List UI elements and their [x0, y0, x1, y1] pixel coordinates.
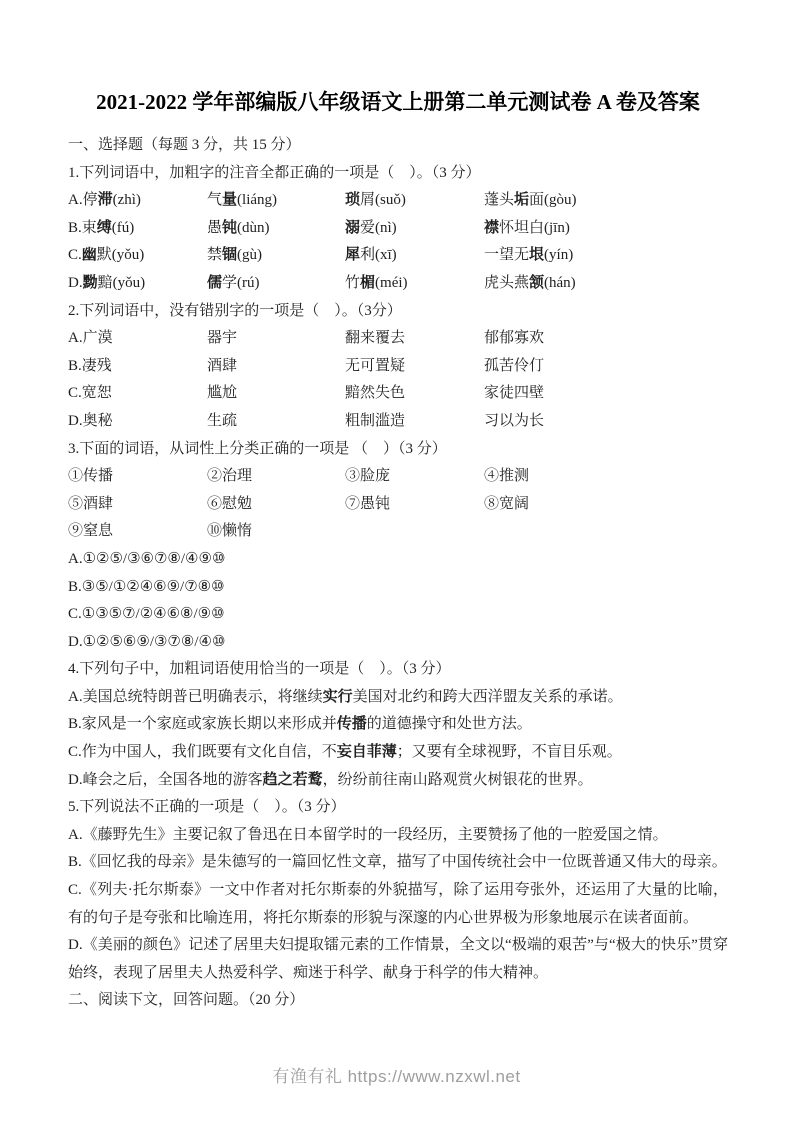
text-run: 一、选择题（每题 3 分，共 15 分）: [68, 137, 301, 153]
text-run: B.《回忆我的母亲》是朱德写的一篇回忆性文章，描写了中国传统社会中一位既普通又伟…: [68, 854, 727, 870]
text-run: 尴尬: [207, 385, 237, 401]
option-cell: B.凄残: [68, 353, 207, 381]
text-run: 郁郁寡欢: [484, 330, 544, 346]
text-line: A.①②⑤/③⑥⑦⑧/④⑨⑩: [68, 546, 728, 574]
text-run: 家徒四壁: [484, 385, 544, 401]
option-row: D.黝黯(yǒu)儒学(rú)竹楣(méi)虎头燕颔(hán): [68, 270, 728, 298]
option-cell: 家徒四壁: [484, 380, 728, 408]
text-run: C.作为中国人，我们既要有文化自信，不: [68, 744, 337, 760]
text-run: (yín): [544, 247, 573, 263]
text-run: B.束: [68, 220, 97, 236]
text-run: ④推测: [484, 468, 529, 484]
text-line: 4.下列句子中，加粗词语使用恰当的一项是（ ）。（3 分）: [68, 656, 728, 684]
text-run: 的道德操守和处世方法。: [367, 716, 532, 732]
text-run: 面(gòu): [529, 192, 577, 208]
option-cell: A.停滞(zhì): [68, 187, 207, 215]
option-cell: 器宇: [207, 325, 345, 353]
option-cell: D.奥秘: [68, 408, 207, 436]
bold-term: 犀: [345, 247, 360, 263]
bold-term: 黝: [83, 275, 98, 291]
bold-term: 颔: [529, 275, 544, 291]
text-run: 默(yǒu): [97, 247, 145, 263]
option-cell: 琐屑(suǒ): [345, 187, 484, 215]
bold-term: 溺: [345, 220, 360, 236]
text-run: 愚: [207, 220, 222, 236]
bold-term: 妄自菲薄: [337, 744, 397, 760]
text-run: ，纷纷前往南山路观赏火树银花的世界。: [323, 772, 593, 788]
text-run: D.《美丽的颜色》记述了居里夫妇提取镭元素的工作情景，全文以“极端的艰苦”与“极…: [68, 937, 728, 981]
text-run: C.: [68, 247, 82, 263]
text-run: 生疏: [207, 413, 237, 429]
text-run: B.家风是一个家庭或家族长期以来形成并: [68, 716, 337, 732]
text-run: (zhì): [113, 192, 141, 208]
bold-term: 垢: [514, 192, 529, 208]
bold-term: 儒: [207, 275, 222, 291]
text-run: ⑥慰勉: [207, 496, 252, 512]
text-line: A.《藤野先生》主要记叙了鲁迅在日本留学时的一段经历，主要赞扬了他的一腔爱国之情…: [68, 822, 728, 850]
option-cell: 粗制滥造: [345, 408, 484, 436]
page-title: 2021-2022 学年部编版八年级语文上册第二单元测试卷 A 卷及答案: [68, 86, 728, 118]
bold-term: 实行: [323, 689, 353, 705]
text-run: 粗制滥造: [345, 413, 405, 429]
option-line: A.美国总统特朗普已明确表示，将继续实行美国对北约和跨大西洋盟友关系的承诺。: [68, 684, 728, 712]
option-line: C.作为中国人，我们既要有文化自信，不妄自菲薄；又要有全球视野，不盲目乐观。: [68, 739, 728, 767]
document-content: 2021-2022 学年部编版八年级语文上册第二单元测试卷 A 卷及答案 一、选…: [68, 86, 728, 1015]
text-run: 一望无: [484, 247, 529, 263]
text-run: (fú): [112, 220, 135, 236]
bold-term: 缚: [97, 220, 112, 236]
text-run: (gù): [237, 247, 262, 263]
option-cell: ⑧宽阔: [484, 491, 728, 519]
bold-term: 趋之若鹜: [263, 772, 323, 788]
option-cell: 孤苦伶仃: [484, 353, 728, 381]
option-row: B.凄残酒肆无可置疑孤苦伶仃: [68, 353, 728, 381]
text-run: B.③⑤/①②④⑥⑨/⑦⑧⑩: [68, 579, 225, 595]
bold-term: 钝: [222, 220, 237, 236]
text-run: ；又要有全球视野，不盲目乐观。: [397, 744, 622, 760]
option-cell: 溺爱(nì): [345, 215, 484, 243]
text-run: ⑧宽阔: [484, 496, 529, 512]
text-run: A.《藤野先生》主要记叙了鲁迅在日本留学时的一段经历，主要赞扬了他的一腔爱国之情…: [68, 827, 668, 843]
option-cell: 黯然失色: [345, 380, 484, 408]
text-line: D.《美丽的颜色》记述了居里夫妇提取镭元素的工作情景，全文以“极端的艰苦”与“极…: [68, 932, 728, 987]
text-run: 5.下列说法不正确的一项是（ ）。（3 分）: [68, 799, 346, 815]
option-cell: ⑩懒惰: [207, 518, 345, 546]
text-line: C.《列夫·托尔斯泰》一文中作者对托尔斯泰的外貌描写，除了运用夸张外，还运用了大…: [68, 877, 728, 932]
text-run: 二、阅读下文，回答问题。（20 分）: [68, 992, 304, 1008]
option-cell: D.黝黯(yǒu): [68, 270, 207, 298]
text-line: C.①③⑤⑦/②④⑥⑧/⑨⑩: [68, 601, 728, 629]
option-row: A.停滞(zhì)气量(liáng)琐屑(suǒ)蓬头垢面(gòu): [68, 187, 728, 215]
text-run: ⑤酒肆: [68, 496, 113, 512]
option-cell: ⑦愚钝: [345, 491, 484, 519]
option-row: ⑨窒息⑩懒惰: [68, 518, 728, 546]
text-line: B.③⑤/①②④⑥⑨/⑦⑧⑩: [68, 574, 728, 602]
option-cell: 尴尬: [207, 380, 345, 408]
text-run: 竹: [345, 275, 360, 291]
text-run: 禁: [207, 247, 222, 263]
text-run: 3.下面的词语，从词性上分类正确的一项是 （ ）（3 分）: [68, 441, 447, 457]
bold-term: 量: [222, 192, 237, 208]
option-cell: 竹楣(méi): [345, 270, 484, 298]
text-run: ①传播: [68, 468, 113, 484]
option-cell: 酒肆: [207, 353, 345, 381]
text-run: C.①③⑤⑦/②④⑥⑧/⑨⑩: [68, 606, 225, 622]
text-line: 二、阅读下文，回答问题。（20 分）: [68, 987, 728, 1015]
option-cell: 蓬头垢面(gòu): [484, 187, 728, 215]
option-cell: ③脸庞: [345, 463, 484, 491]
text-run: ⑨窒息: [68, 523, 113, 539]
text-run: 器宇: [207, 330, 237, 346]
text-line: 3.下面的词语，从词性上分类正确的一项是 （ ）（3 分）: [68, 436, 728, 464]
text-run: (hán): [544, 275, 576, 291]
text-run: D.: [68, 275, 83, 291]
option-line: D.峰会之后，全国各地的游客趋之若鹜，纷纷前往南山路观赏火树银花的世界。: [68, 767, 728, 795]
text-run: 气: [207, 192, 222, 208]
text-run: 1.下列词语中，加粗字的注音全都正确的一项是（ ）。（3 分）: [68, 165, 481, 181]
text-run: A.广漠: [68, 330, 113, 346]
text-line: 2.下列词语中，没有错别字的一项是（ ）。（3分）: [68, 298, 728, 326]
option-cell: 翻来覆去: [345, 325, 484, 353]
text-run: 孤苦伶仃: [484, 358, 544, 374]
option-cell: 生疏: [207, 408, 345, 436]
text-run: (dùn): [237, 220, 270, 236]
text-line: 1.下列词语中，加粗字的注音全都正确的一项是（ ）。（3 分）: [68, 160, 728, 188]
option-cell: C.幽默(yǒu): [68, 242, 207, 270]
option-row: ⑤酒肆⑥慰勉⑦愚钝⑧宽阔: [68, 491, 728, 519]
option-cell: ④推测: [484, 463, 728, 491]
text-run: ⑩懒惰: [207, 523, 252, 539]
option-row: C.宽恕尴尬黯然失色家徒四壁: [68, 380, 728, 408]
text-run: (méi): [375, 275, 407, 291]
option-row: ①传播②治理③脸庞④推测: [68, 463, 728, 491]
exam-document-page: 2021-2022 学年部编版八年级语文上册第二单元测试卷 A 卷及答案 一、选…: [0, 0, 793, 1122]
bold-term: 楣: [360, 275, 375, 291]
option-row: A.广漠器宇翻来覆去郁郁寡欢: [68, 325, 728, 353]
option-row: D.奥秘生疏粗制滥造习以为长: [68, 408, 728, 436]
text-line: 一、选择题（每题 3 分，共 15 分）: [68, 132, 728, 160]
text-run: ②治理: [207, 468, 252, 484]
option-row: B.束缚(fú)愚钝(dùn)溺爱(nì)襟怀坦白(jīn): [68, 215, 728, 243]
option-cell: 气量(liáng): [207, 187, 345, 215]
text-run: A.停: [68, 192, 98, 208]
option-cell: 郁郁寡欢: [484, 325, 728, 353]
bold-term: 滞: [98, 192, 113, 208]
bold-term: 传播: [337, 716, 367, 732]
text-run: B.凄残: [68, 358, 112, 374]
option-cell: 虎头燕颔(hán): [484, 270, 728, 298]
text-run: 酒肆: [207, 358, 237, 374]
document-body: 一、选择题（每题 3 分，共 15 分）1.下列词语中，加粗字的注音全都正确的一…: [68, 132, 728, 1015]
bold-term: 锢: [222, 247, 237, 263]
bold-term: 垠: [529, 247, 544, 263]
bold-term: 幽: [82, 247, 97, 263]
text-line: B.《回忆我的母亲》是朱德写的一篇回忆性文章，描写了中国传统社会中一位既普通又伟…: [68, 849, 728, 877]
text-run: A.①②⑤/③⑥⑦⑧/④⑨⑩: [68, 551, 225, 567]
text-run: (liáng): [237, 192, 277, 208]
option-cell: B.束缚(fú): [68, 215, 207, 243]
option-cell: C.宽恕: [68, 380, 207, 408]
option-cell: 愚钝(dùn): [207, 215, 345, 243]
option-cell: 儒学(rú): [207, 270, 345, 298]
text-run: 黯(yǒu): [98, 275, 146, 291]
option-cell: 犀利(xī): [345, 242, 484, 270]
text-run: 习以为长: [484, 413, 544, 429]
option-row: C.幽默(yǒu)禁锢(gù)犀利(xī)一望无垠(yín): [68, 242, 728, 270]
footer-text: 有渔有礼 https://www.nzxwl.net: [272, 1067, 520, 1086]
text-run: A.美国总统特朗普已明确表示，将继续: [68, 689, 323, 705]
text-run: 翻来覆去: [345, 330, 405, 346]
bold-term: 琐: [345, 192, 360, 208]
option-cell: 习以为长: [484, 408, 728, 436]
option-cell: 一望无垠(yín): [484, 242, 728, 270]
option-cell: ①传播: [68, 463, 207, 491]
text-run: 爱(nì): [360, 220, 397, 236]
text-run: ⑦愚钝: [345, 496, 390, 512]
text-run: 学(rú): [222, 275, 260, 291]
text-run: C.《列夫·托尔斯泰》一文中作者对托尔斯泰的外貌描写，除了运用夸张外，还运用了大…: [68, 882, 728, 926]
bold-term: 襟: [484, 220, 499, 236]
text-run: 2.下列词语中，没有错别字的一项是（ ）。（3分）: [68, 303, 402, 319]
option-cell: 襟怀坦白(jīn): [484, 215, 728, 243]
text-run: 黯然失色: [345, 385, 405, 401]
text-run: 蓬头: [484, 192, 514, 208]
option-line: B.家风是一个家庭或家族长期以来形成并传播的道德操守和处世方法。: [68, 711, 728, 739]
option-cell: ⑥慰勉: [207, 491, 345, 519]
option-cell: ⑨窒息: [68, 518, 207, 546]
text-run: D.峰会之后，全国各地的游客: [68, 772, 263, 788]
option-cell: ⑤酒肆: [68, 491, 207, 519]
option-cell: ②治理: [207, 463, 345, 491]
text-run: ③脸庞: [345, 468, 390, 484]
text-run: D.①②⑤⑥⑨/③⑦⑧/④⑩: [68, 634, 225, 650]
text-run: 美国对北约和跨大西洋盟友关系的承诺。: [353, 689, 623, 705]
text-line: D.①②⑤⑥⑨/③⑦⑧/④⑩: [68, 629, 728, 657]
text-run: 无可置疑: [345, 358, 405, 374]
option-cell: 禁锢(gù): [207, 242, 345, 270]
footer-watermark: 有渔有礼 https://www.nzxwl.net: [0, 1062, 793, 1087]
text-run: D.奥秘: [68, 413, 113, 429]
text-line: 5.下列说法不正确的一项是（ ）。（3 分）: [68, 794, 728, 822]
text-run: 4.下列句子中，加粗词语使用恰当的一项是（ ）。（3 分）: [68, 661, 451, 677]
text-run: 利(xī): [360, 247, 397, 263]
text-run: 屑(suǒ): [360, 192, 406, 208]
text-run: 虎头燕: [484, 275, 529, 291]
option-cell: 无可置疑: [345, 353, 484, 381]
text-run: C.宽恕: [68, 385, 112, 401]
text-run: 怀坦白(jīn): [499, 220, 570, 236]
option-cell: A.广漠: [68, 325, 207, 353]
